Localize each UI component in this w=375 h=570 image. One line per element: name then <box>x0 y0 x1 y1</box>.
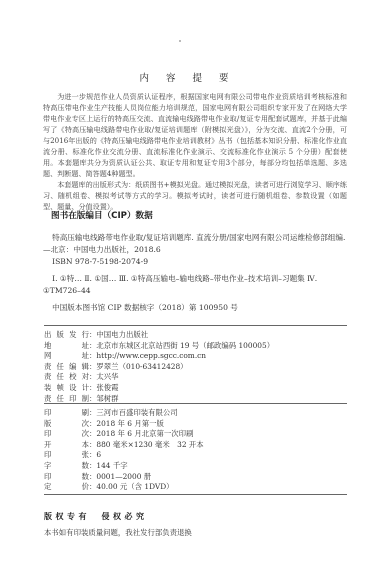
info-row: 开本：880 毫米×1230 毫米 32 开本 <box>44 440 204 451</box>
info-label: 印数 <box>44 472 89 483</box>
info-value: ：太兴华 <box>89 372 119 383</box>
info-row: 网址：http://www.cepp.sgcc.com.cn <box>44 351 274 362</box>
info-value: ：40.00 元（含 1DVD） <box>89 482 174 493</box>
info-value: ：张俊霞 <box>89 383 119 394</box>
info-row: 地址：北京市东城区北京站西街 19 号（邮政编码 100005） <box>44 341 274 352</box>
info-row: 印张：6 <box>44 450 204 461</box>
page-mark <box>179 40 181 42</box>
divider <box>44 494 347 495</box>
info-value: ：144 千字 <box>89 461 128 472</box>
abstract-body: 为进一步规范作业人员资质认证程序，根据国家电网有限公司带电作业资质培训考核标准和… <box>43 91 347 212</box>
info-value: ：北京市东城区北京站西街 19 号（邮政编码 100005） <box>89 341 274 352</box>
info-label: 网址 <box>44 351 89 362</box>
info-label: 责任编辑 <box>44 362 89 373</box>
info-label: 定价 <box>44 482 89 493</box>
info-value: ：880 毫米×1230 毫米 32 开本 <box>89 440 204 451</box>
info-value: ：罗翠兰（010-63412428） <box>89 362 188 373</box>
info-value: ：中国电力出版社 <box>89 330 148 341</box>
cip-subjects: Ⅰ. ①特… Ⅱ. ①国… Ⅲ. ①特高压输电–输电线路–带电作业–技术培训–习… <box>43 273 347 297</box>
info-value: ：http://www.cepp.sgcc.com.cn <box>89 351 206 362</box>
divider <box>44 325 347 326</box>
info-label: 字数 <box>44 461 89 472</box>
info-row: 装帧设计：张俊霞 <box>44 383 274 394</box>
abstract-paragraph: 为进一步规范作业人员资质认证程序，根据国家电网有限公司带电作业资质培训考核标准和… <box>43 91 347 179</box>
info-value: ：三河市百盛印装有限公司 <box>89 408 178 419</box>
info-row: 版次：2018 年 6 月第一版 <box>44 419 204 430</box>
info-label: 地址 <box>44 341 89 352</box>
info-row: 印数：0001—2000 册 <box>44 472 204 483</box>
info-value: ：0001—2000 册 <box>89 472 151 483</box>
info-value: ：2018 年 6 月北京第一次印刷 <box>89 429 193 440</box>
info-row: 责任编辑：罗翠兰（010-63412428） <box>44 362 274 373</box>
cip-data: 特高压输电线路带电作业取/复证培训题库. 直流分册/国家电网有限公司运维检修部组… <box>43 232 347 314</box>
info-label: 责任校对 <box>44 372 89 383</box>
abstract-paragraph: 本套题库的出版形式为：纸质图书+模拟光盘。通过模拟光盘，读者可进行浏览学习、顺序… <box>43 179 347 212</box>
copyright-title: 版权专有 侵权必究 <box>44 511 148 522</box>
info-row: 印刷：三河市百盛印装有限公司 <box>44 408 204 419</box>
info-row: 出版发行：中国电力出版社 <box>44 330 274 341</box>
cip-heading: 图书在版编目（CIP）数据 <box>51 209 153 221</box>
info-value: ：6 <box>89 450 101 461</box>
info-label: 印张 <box>44 450 89 461</box>
info-row: 责任校对：太兴华 <box>44 372 274 383</box>
info-label: 印刷 <box>44 408 89 419</box>
copyright-note: 本书如有印装质量问题，我社发行部负责退换 <box>44 527 192 538</box>
info-value: ：2018 年 6 月第一版 <box>89 419 164 430</box>
info-row: 字数：144 千字 <box>44 461 204 472</box>
info-row: 定价：40.00 元（含 1DVD） <box>44 482 204 493</box>
info-label: 出版发行 <box>44 330 89 341</box>
info-label: 装帧设计 <box>44 383 89 394</box>
info-label: 印次 <box>44 429 89 440</box>
info-row: 印次：2018 年 6 月北京第一次印刷 <box>44 429 204 440</box>
cip-isbn: ISBN 978-7-5198-2074-9 <box>43 256 347 268</box>
copyright-page: 内 容 提 要 为进一步规范作业人员资质认证程序，根据国家电网有限公司带电作业资… <box>0 0 375 570</box>
publisher-info: 出版发行：中国电力出版社地址：北京市东城区北京站西街 19 号（邮政编码 100… <box>44 330 274 404</box>
print-info: 印刷：三河市百盛印装有限公司版次：2018 年 6 月第一版印次：2018 年 … <box>44 408 204 493</box>
info-label: 开本 <box>44 440 89 451</box>
cip-title-line: 特高压输电线路带电作业取/复证培训题库. 直流分册/国家电网有限公司运维检修部组… <box>43 232 347 256</box>
info-label: 版次 <box>44 419 89 430</box>
abstract-title: 内 容 提 要 <box>0 70 375 84</box>
divider <box>44 403 347 404</box>
cip-verification: 中国版本图书馆 CIP 数据核字（2018）第 100950 号 <box>43 302 347 314</box>
